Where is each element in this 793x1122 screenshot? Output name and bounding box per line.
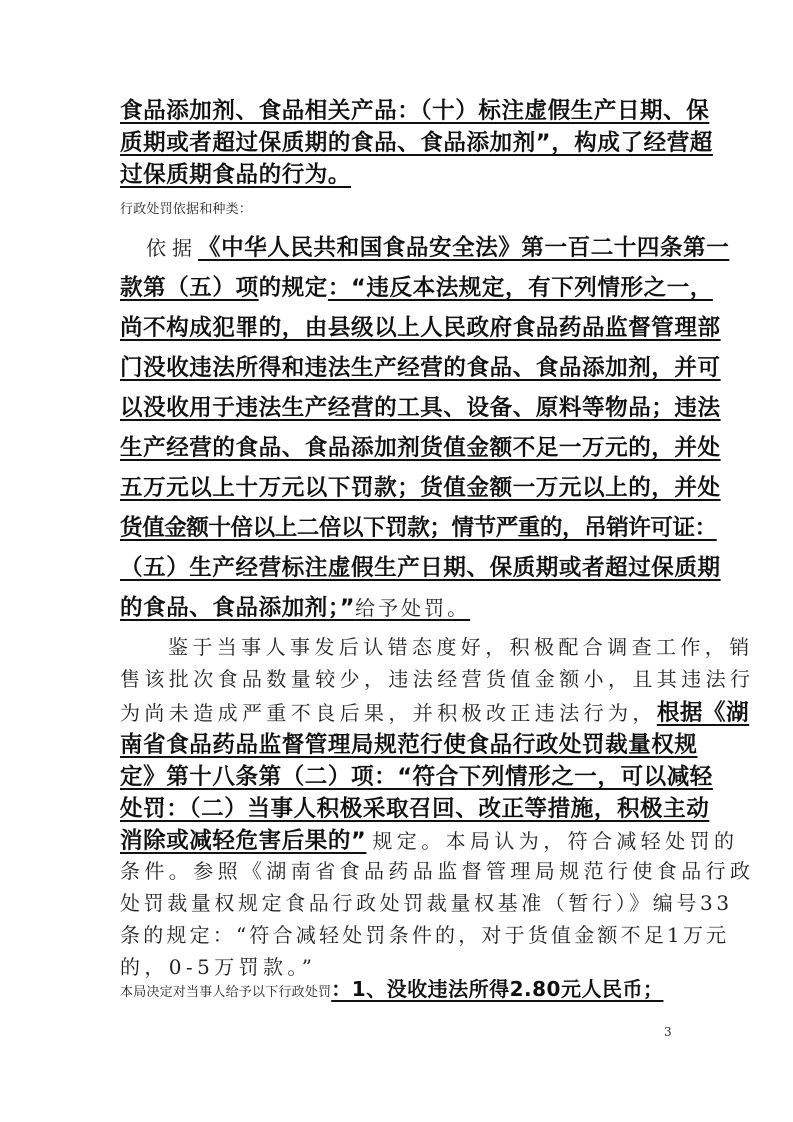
mitigation-line-7: 消除或减轻危害后果的”规定。本局认为，符合减轻处罚的 bbox=[120, 823, 680, 855]
decision-line: 本局决定对当事人给予以下行政处罚：1、没收违法所得2.80元人民币； bbox=[120, 973, 680, 1002]
clause-ref: 款第（五）项 bbox=[120, 275, 259, 301]
regulation-quote-end: 消除或减轻危害后果的” bbox=[120, 828, 366, 854]
mitigation-line-8: 条件。参照《湖南省食品药品监督管理局规范行使食品行政 bbox=[120, 855, 680, 884]
basis-line-2: 款第（五）项的规定：“违反本法规定，有下列情形之一， bbox=[120, 270, 680, 302]
basis-line-3: 尚不构成犯罪的，由县级以上人民政府食品药品监督管理部 bbox=[120, 310, 680, 342]
basis-prefix: 依据 bbox=[146, 236, 198, 260]
regulation-citation-start: 根据《湖 bbox=[657, 700, 749, 726]
top-paragraph-line-1: 食品添加剂、食品相关产品：（十）标注虚假生产日期、保 bbox=[120, 93, 680, 125]
mitigation-line-6: 处罚：（二）当事人积极采取召回、改正等措施，积极主动 bbox=[120, 791, 680, 823]
basis-line-5: 以没收用于违法生产经营的工具、设备、原料等物品；违法 bbox=[120, 390, 680, 422]
mitigation-line-5: 定》第十八条第（二）项：“符合下列情形之一，可以减轻 bbox=[120, 759, 680, 791]
clause-ref-plain: 的规定 bbox=[259, 275, 328, 301]
basis-line-1: 依据《中华人民共和国食品安全法》第一百二十四条第一 bbox=[120, 230, 680, 262]
mitigation-text: 为尚未造成严重不良后果，并积极改正违法行为， bbox=[120, 701, 657, 725]
basis-line-4: 门没收违法所得和违法生产经营的食品、食品添加剂，并可 bbox=[120, 350, 680, 382]
top-paragraph-line-2: 质期或者超过保质期的食品、食品添加剂”，构成了经营超 bbox=[120, 125, 680, 157]
mitigation-line-2: 售该批次食品数量较少，违法经营货值金额小，且其违法行 bbox=[120, 663, 680, 692]
basis-line-7: 五万元以上十万元以下罚款；货值金额一万元以上的，并处 bbox=[120, 470, 680, 502]
quote-end: 的食品、食品添加剂；” bbox=[120, 595, 355, 621]
quote-start: ：“违反本法规定，有下列情形之一， bbox=[328, 275, 713, 301]
mitigation-line-1: 鉴于当事人事发后认错态度好，积极配合调查工作，销 bbox=[120, 631, 688, 660]
decision-item-1: ：1、没收违法所得2.80元人民币； bbox=[331, 977, 663, 1001]
law-citation: 《中华人民共和国食品安全法》第一百二十四条第一 bbox=[198, 235, 729, 261]
penalty-phrase: 给予处罚。 bbox=[355, 596, 470, 620]
mitigation-line-3: 为尚未造成严重不良后果，并积极改正违法行为，根据《湖 bbox=[120, 695, 680, 727]
basis-line-9: （五）生产经营标注虚假生产日期、保质期或者超过保质期 bbox=[120, 550, 680, 582]
mitigation-line-10: 条的规定：“符合减轻处罚条件的，对于货值金额不足1万元 bbox=[120, 919, 680, 948]
basis-label: 行政处罚依据和种类： bbox=[120, 198, 680, 217]
decision-label: 本局决定对当事人给予以下行政处罚 bbox=[120, 985, 331, 1000]
basis-line-10: 的食品、食品添加剂；”给予处罚。 bbox=[120, 590, 680, 622]
mitigation-line-9: 处罚裁量权规定食品行政处罚裁量权基准（暂行）》编号33 bbox=[120, 887, 680, 916]
basis-line-8: 货值金额十倍以上二倍以下罚款；情节严重的，吊销许可证： bbox=[120, 510, 680, 542]
conclusion-text: 规定。本局认为，符合减轻处罚的 bbox=[372, 829, 738, 853]
page-number: 3 bbox=[664, 1025, 672, 1039]
basis-line-6: 生产经营的食品、食品添加剂货值金额不足一万元的，并处 bbox=[120, 430, 680, 462]
mitigation-line-4: 南省食品药品监督管理局规范行使食品行政处罚裁量权规 bbox=[120, 727, 680, 759]
top-paragraph-line-3: 过保质期食品的行为。 bbox=[120, 157, 680, 189]
